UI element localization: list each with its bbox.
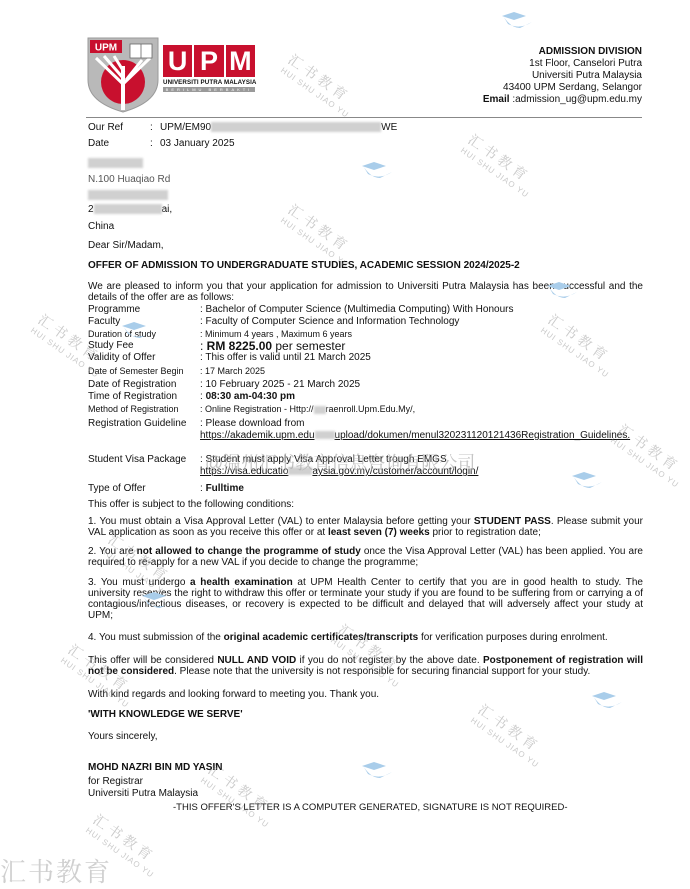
detail-row-faculty: Faculty : Faculty of Computer Science an… [88, 316, 648, 328]
detail-row-offer-type: Type of Offer : Fulltime [88, 483, 648, 495]
detail-row-semester-begin: Date of Semester Begin : 17 March 2025 [88, 365, 648, 377]
recipient-country: China [88, 221, 114, 233]
detail-row-programme: Programme : Bachelor of Computer Science… [88, 304, 648, 316]
watermark-book-logo-icon [360, 760, 394, 782]
closing-line: With kind regards and looking forward to… [88, 689, 379, 701]
ref-colon: : [150, 122, 153, 134]
redacted-block [88, 190, 168, 200]
date-label: Date [88, 138, 109, 150]
division-name: ADMISSION DIVISION [483, 46, 642, 58]
condition-2: 2. You are not allowed to change the pro… [88, 546, 643, 568]
address-line: 43400 UPM Serdang, Selangor [483, 82, 642, 94]
email-label: Email [483, 94, 510, 105]
redacted-block [315, 431, 335, 439]
ref-value: UPM/EM90WE [160, 122, 397, 134]
watermark-text: 汇 书 教 育HUI SHU JIAO YU [279, 49, 362, 119]
signatory-role: for Registrar [88, 776, 143, 788]
detail-row-registration-time: Time of Registration : 08:30 am-04:30 pm [88, 391, 648, 403]
condition-4: 4. You must submission of the original a… [88, 632, 643, 643]
condition-1: 1. You must obtain a Visa Approval Lette… [88, 516, 643, 538]
signatory-org: Universiti Putra Malaysia [88, 788, 198, 800]
redacted-block [314, 406, 326, 414]
detail-row-validity: Validity of Offer : This offer is valid … [88, 352, 648, 364]
watermark-text: 汇 书 教 育HUI SHU JIAO YU [469, 699, 552, 769]
offer-title: OFFER OF ADMISSION TO UNDERGRADUATE STUD… [88, 260, 520, 272]
weibo-watermark: @温州汇书教育信息咨询有限公司 [205, 449, 475, 475]
detail-row-registration-method: Method of Registration : Online Registra… [88, 403, 648, 415]
ref-label: Our Ref [88, 122, 123, 134]
logo-letter: M [226, 45, 255, 77]
header-divider [86, 117, 642, 118]
university-motto: BERILMU BERBAKTI [163, 87, 255, 92]
logo-letter: P [194, 45, 223, 77]
email-line: Email :admission_ug@upm.edu.my [483, 94, 642, 106]
redacted-block [211, 122, 381, 132]
recipient-line-redacted [88, 158, 143, 170]
condition-3: 3. You must undergo a health examination… [88, 577, 643, 621]
intro-paragraph: We are pleased to inform you that your a… [88, 281, 643, 303]
signatory-name: MOHD NAZRI BIN MD YASIN [88, 762, 222, 774]
offer-letter-page: UPM U P M UNIVERSITI PUTRA MALAYSIA BERI… [0, 0, 690, 889]
redacted-block [88, 158, 143, 168]
university-name: UNIVERSITI PUTRA MALAYSIA [163, 79, 255, 86]
null-void-paragraph: This offer will be considered NULL AND V… [88, 655, 643, 677]
admission-division-address: ADMISSION DIVISION 1st Floor, Canselori … [483, 46, 642, 106]
watermark-book-logo-icon [360, 160, 394, 182]
watermark-book-logo-icon [500, 10, 534, 32]
date-colon: : [150, 138, 153, 150]
yours-sincerely: Yours sincerely, [88, 731, 157, 743]
date-value: 03 January 2025 [160, 138, 235, 150]
detail-row-fee: Study Fee : RM 8225.00 per semester [88, 340, 648, 352]
guideline-link[interactable]: https://akademik.upm.eduupload/dokumen/m… [200, 430, 648, 442]
motto-line: 'WITH KNOWLEDGE WE SERVE' [88, 709, 243, 721]
address-line: Universiti Putra Malaysia [483, 70, 642, 82]
upm-shield-logo-icon: UPM [86, 36, 160, 114]
redacted-block [94, 204, 162, 214]
detail-row-duration: Duration of study : Minimum 4 years , Ma… [88, 328, 648, 340]
fee-amount: RM 8225.00 [207, 339, 272, 353]
recipient-street: N.100 Huaqiao Rd [88, 174, 170, 186]
recipient-city: 2ai, [88, 204, 172, 216]
email-value[interactable]: :admission_ug@upm.edu.my [510, 94, 642, 105]
watermark-book-logo-icon [590, 690, 624, 712]
detail-row-registration-date: Date of Registration : 10 February 2025 … [88, 379, 648, 391]
upm-wordmark-logo: U P M UNIVERSITI PUTRA MALAYSIA BERILMU … [163, 45, 255, 93]
salutation: Dear Sir/Madam, [88, 240, 164, 252]
svg-text:UPM: UPM [95, 43, 117, 54]
computer-generated-note: -THIS OFFER'S LETTER IS A COMPUTER GENER… [173, 802, 568, 814]
recipient-line-redacted [88, 190, 168, 202]
brand-watermark: 汇书教育 [0, 852, 112, 889]
logo-letter: U [163, 45, 192, 77]
watermark-text: 汇 书 教 育HUI SHU JIAO YU [459, 129, 542, 199]
address-line: 1st Floor, Canselori Putra [483, 58, 642, 70]
conditions-intro: This offer is subject to the following c… [88, 499, 294, 511]
